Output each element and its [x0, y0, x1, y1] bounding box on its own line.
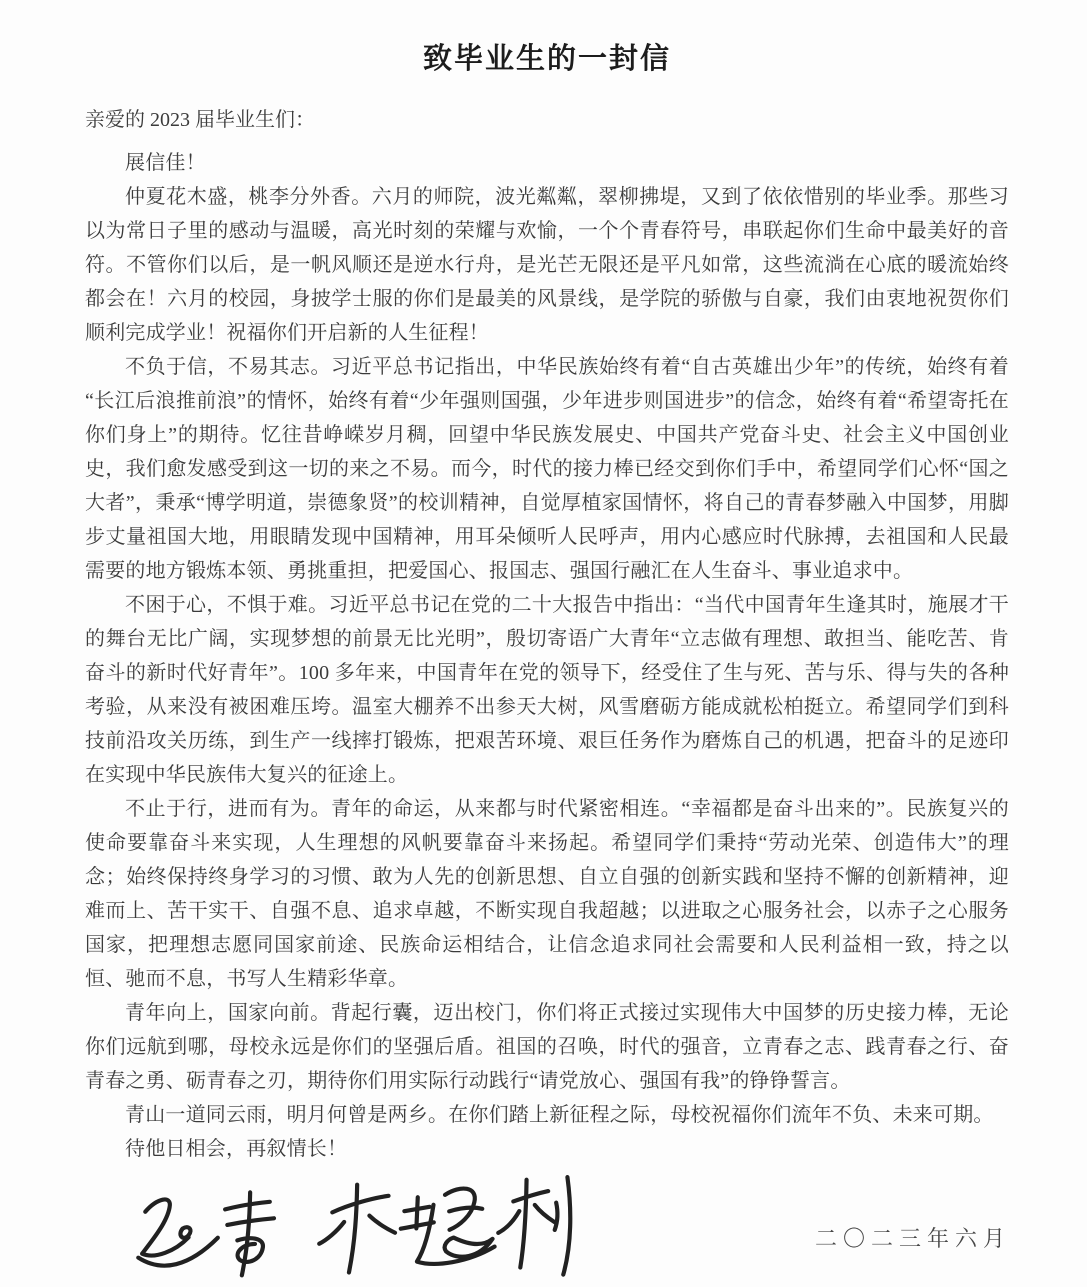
letter-paragraph: 不困于心，不惧于难。习近平总书记在党的二十大报告中指出：“当代中国青年生逢其时，… — [85, 588, 1009, 792]
letter-title: 致毕业生的一封信 — [85, 36, 1009, 77]
letter-paragraph: 青山一道同云雨，明月何曾是两乡。在你们踏上新征程之际，母校祝福你们流年不负、未来… — [85, 1098, 1009, 1132]
letter-page: 致毕业生的一封信 亲爱的 2023 届毕业生们： 展信佳！ 仲夏花木盛，桃李分外… — [0, 0, 1087, 1287]
signature-strokes-svg — [131, 1172, 581, 1287]
letter-paragraph: 待他日相会，再叙情长！ — [85, 1132, 1009, 1166]
letter-body: 致毕业生的一封信 亲爱的 2023 届毕业生们： 展信佳！ 仲夏花木盛，桃李分外… — [85, 36, 1009, 1166]
letter-paragraph: 仲夏花木盛，桃李分外香。六月的师院，波光粼粼，翠柳拂堤，又到了依依惜别的毕业季。… — [85, 180, 1009, 350]
handwritten-signature — [131, 1172, 581, 1287]
letter-date: 二〇二三年六月 — [815, 1222, 1011, 1253]
letter-paragraph: 不负于信，不易其志。习近平总书记指出，中华民族始终有着“自古英雄出少年”的传统，… — [85, 350, 1009, 588]
letter-paragraph: 青年向上，国家向前。背起行囊，迈出校门，你们将正式接过实现伟大中国梦的历史接力棒… — [85, 996, 1009, 1098]
letter-paragraph: 展信佳！ — [85, 146, 1009, 180]
letter-salutation: 亲爱的 2023 届毕业生们： — [85, 103, 1009, 137]
letter-paragraph: 不止于行，进而有为。青年的命运，从来都与时代紧密相连。“幸福都是奋斗出来的”。民… — [85, 792, 1009, 996]
